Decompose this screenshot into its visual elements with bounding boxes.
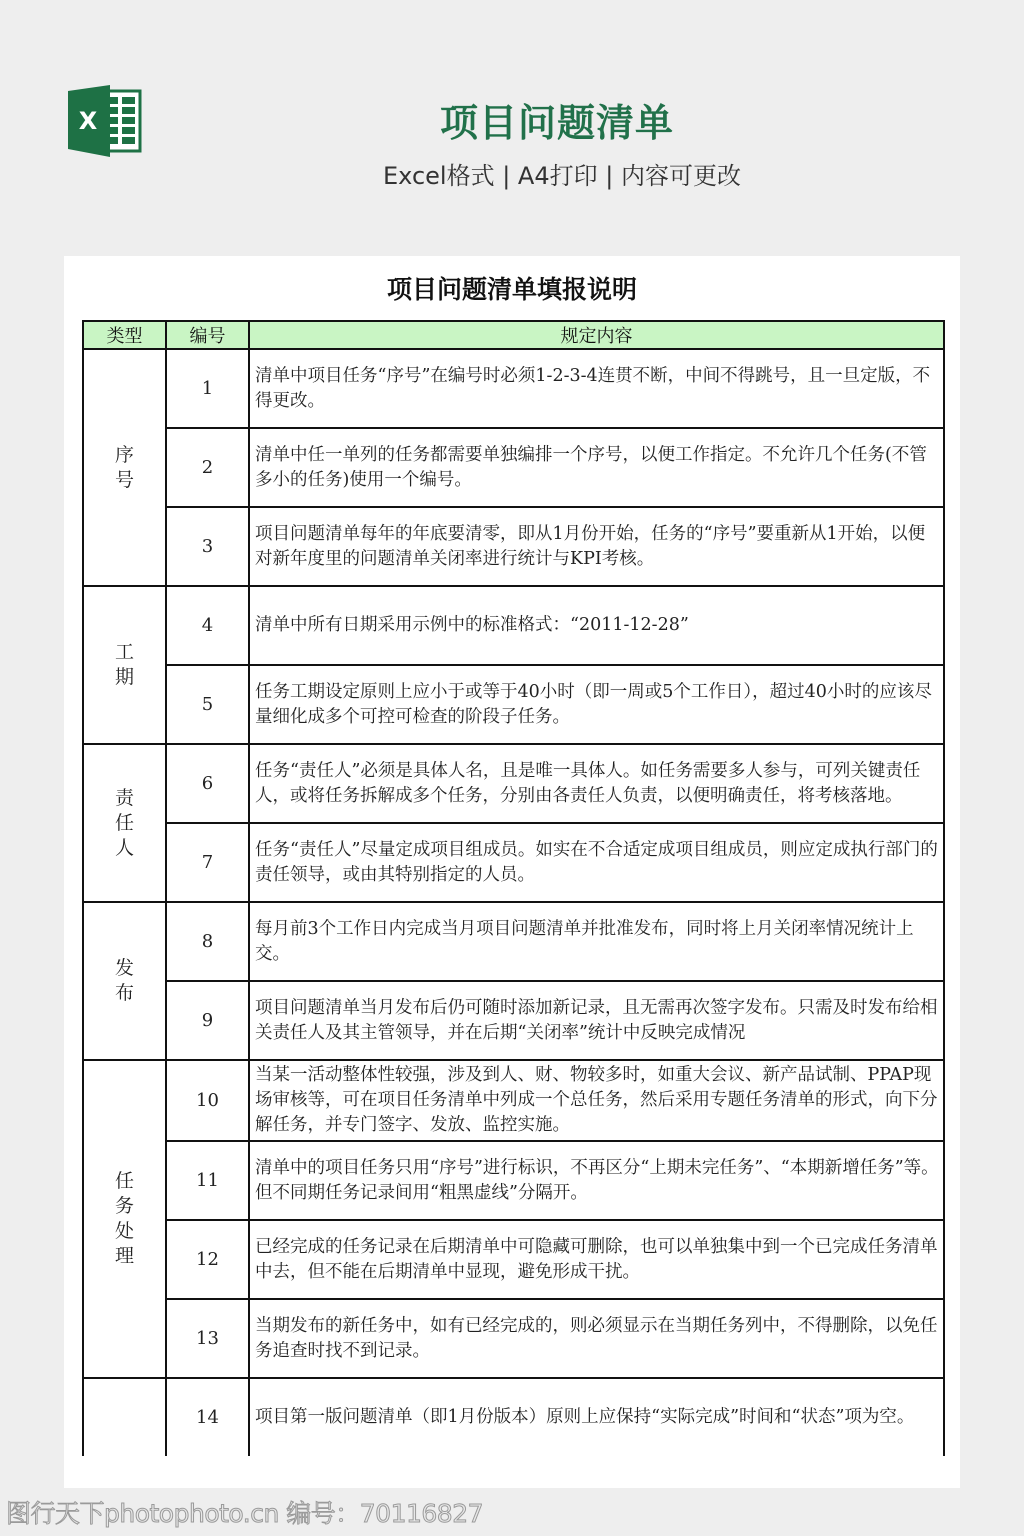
category-cell — [83, 1378, 166, 1456]
rule-text: 清单中任一单列的任务都需要单独编排一个序号，以便工作指定。不允许几个任务(不管多… — [249, 428, 944, 507]
category-cell: 任务处理 — [83, 1060, 166, 1378]
rule-number: 3 — [166, 507, 249, 586]
rule-text: 任务“责任人”必须是具体人名，且是唯一具体人。如任务需要多人参与，可列关键责任人… — [249, 744, 944, 823]
rule-text: 任务“责任人”尽量定成项目组成员。如实在不合适定成项目组成员，则应定成执行部门的… — [249, 823, 944, 902]
table-row: 3 项目问题清单每年的年底要清零，即从1月份开始，任务的“序号”要重新从1开始，… — [83, 507, 944, 586]
watermark: 图行天下photophoto.cn 编号：70116827 — [6, 1494, 483, 1530]
rule-text: 清单中项目任务“序号”在编号时必须1-2-3-4连贯不断，中间不得跳号，且一旦定… — [249, 349, 944, 428]
rule-text: 项目第一版问题清单（即1月份版本）原则上应保持“实际完成”时间和“状态”项为空。 — [249, 1378, 944, 1456]
table-row: 序号 1 清单中项目任务“序号”在编号时必须1-2-3-4连贯不断，中间不得跳号… — [83, 349, 944, 428]
page-title: 项目问题清单 — [0, 92, 1024, 147]
rule-text: 项目问题清单每年的年底要清零，即从1月份开始，任务的“序号”要重新从1开始，以便… — [249, 507, 944, 586]
rule-number: 4 — [166, 586, 249, 665]
rule-number: 6 — [166, 744, 249, 823]
column-header-content: 规定内容 — [249, 321, 944, 349]
table-row: 责任人 6 任务“责任人”必须是具体人名，且是唯一具体人。如任务需要多人参与，可… — [83, 744, 944, 823]
document-title: 项目问题清单填报说明 — [64, 270, 960, 306]
table-row: 任务处理 10 当某一活动整体性较强，涉及到人、财、物较多时，如重大会议、新产品… — [83, 1060, 944, 1141]
rule-text: 当某一活动整体性较强，涉及到人、财、物较多时，如重大会议、新产品试制、PPAP现… — [249, 1060, 944, 1141]
table-row: 工期 4 清单中所有日期采用示例中的标准格式：“2011-12-28” — [83, 586, 944, 665]
table-row: 11 清单中的项目任务只用“序号”进行标识，不再区分“上期未完任务”、“本期新增… — [83, 1141, 944, 1220]
column-header-number: 编号 — [166, 321, 249, 349]
rules-table: 类型 编号 规定内容 序号 1 清单中项目任务“序号”在编号时必须1-2-3-4… — [82, 320, 945, 1456]
category-cell: 发布 — [83, 902, 166, 1060]
rule-number: 14 — [166, 1378, 249, 1456]
rule-number: 9 — [166, 981, 249, 1060]
column-header-type: 类型 — [83, 321, 166, 349]
category-cell: 序号 — [83, 349, 166, 586]
rule-number: 11 — [166, 1141, 249, 1220]
table-row: 14 项目第一版问题清单（即1月份版本）原则上应保持“实际完成”时间和“状态”项… — [83, 1378, 944, 1456]
table-header-row: 类型 编号 规定内容 — [83, 321, 944, 349]
table-row: 2 清单中任一单列的任务都需要单独编排一个序号，以便工作指定。不允许几个任务(不… — [83, 428, 944, 507]
rule-text: 当期发布的新任务中，如有已经完成的，则必须显示在当期任务列中，不得删除，以免任务… — [249, 1299, 944, 1378]
rule-number: 7 — [166, 823, 249, 902]
rule-number: 8 — [166, 902, 249, 981]
table-row: 7 任务“责任人”尽量定成项目组成员。如实在不合适定成项目组成员，则应定成执行部… — [83, 823, 944, 902]
rule-number: 13 — [166, 1299, 249, 1378]
rule-text: 已经完成的任务记录在后期清单中可隐藏可删除，也可以单独集中到一个已完成任务清单中… — [249, 1220, 944, 1299]
table-row: 9 项目问题清单当月发布后仍可随时添加新记录，且无需再次签字发布。只需及时发布给… — [83, 981, 944, 1060]
category-cell: 责任人 — [83, 744, 166, 902]
table-row: 5 任务工期设定原则上应小于或等于40小时（即一周或5个工作日），超过40小时的… — [83, 665, 944, 744]
rule-text: 任务工期设定原则上应小于或等于40小时（即一周或5个工作日），超过40小时的应该… — [249, 665, 944, 744]
page-subtitle: Excel格式 | A4打印 | 内容可更改 — [0, 156, 1024, 191]
rule-number: 10 — [166, 1060, 249, 1141]
rule-number: 12 — [166, 1220, 249, 1299]
table-row: 12 已经完成的任务记录在后期清单中可隐藏可删除，也可以单独集中到一个已完成任务… — [83, 1220, 944, 1299]
rule-text: 清单中所有日期采用示例中的标准格式：“2011-12-28” — [249, 586, 944, 665]
rule-text: 项目问题清单当月发布后仍可随时添加新记录，且无需再次签字发布。只需及时发布给相关… — [249, 981, 944, 1060]
table-row: 13 当期发布的新任务中，如有已经完成的，则必须显示在当期任务列中，不得删除，以… — [83, 1299, 944, 1378]
rule-text: 清单中的项目任务只用“序号”进行标识，不再区分“上期未完任务”、“本期新增任务”… — [249, 1141, 944, 1220]
rule-number: 5 — [166, 665, 249, 744]
document-sheet: 项目问题清单填报说明 类型 编号 规定内容 序号 1 清单中项目任务“序号”在编… — [64, 256, 960, 1488]
rule-number: 2 — [166, 428, 249, 507]
rule-text: 每月前3个工作日内完成当月项目问题清单并批准发布，同时将上月关闭率情况统计上交。 — [249, 902, 944, 981]
table-row: 发布 8 每月前3个工作日内完成当月项目问题清单并批准发布，同时将上月关闭率情况… — [83, 902, 944, 981]
rule-number: 1 — [166, 349, 249, 428]
category-cell: 工期 — [83, 586, 166, 744]
